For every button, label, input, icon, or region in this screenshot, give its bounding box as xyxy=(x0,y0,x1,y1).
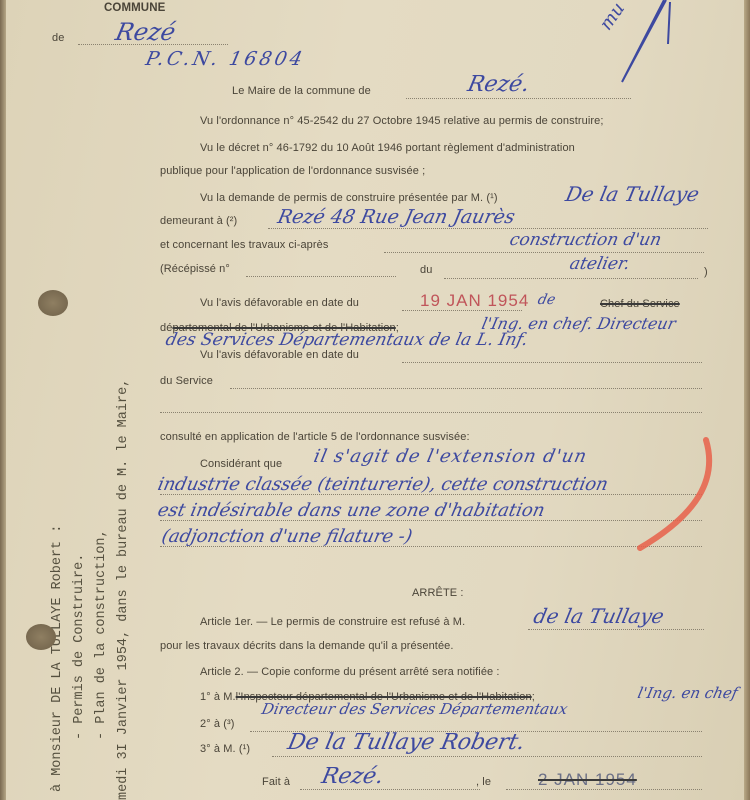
demeurant-handwritten: Rezé 48 Rue Jean Jaurès xyxy=(276,206,517,228)
commune-label: COMMUNE xyxy=(104,2,165,14)
avis1-date-stamp: 19 JAN 1954 xyxy=(420,291,529,311)
considerant-line-3: est indésirable dans une zone d'habitati… xyxy=(156,500,547,521)
avis2-date-line xyxy=(402,362,702,363)
recepisse-close: ) xyxy=(704,266,708,278)
travaux-handwritten-2: atelier. xyxy=(568,254,632,274)
margin-note-line-4: medi 3I Janvier 1954, dans le bureau de … xyxy=(116,379,131,800)
considerant-line-4: (adjonction d'une filature -) xyxy=(160,526,414,547)
decret-text-2: publique pour l'application de l'ordonna… xyxy=(160,165,425,177)
reference-handwritten: P.C.N. 16804 xyxy=(144,48,307,70)
avis1-handwritten-2: des Services Départementaux de la L. Inf… xyxy=(164,330,530,350)
margin-note-line-2: - Permis de Construire. xyxy=(72,554,87,740)
considerant-line-1: il s'agit de l'extension d'un xyxy=(312,446,590,467)
date-stamp: 2 JAN 1954 xyxy=(538,770,637,790)
avis1-struck-1: Chef du Service xyxy=(600,298,680,310)
recepisse-number-line xyxy=(246,276,396,277)
document-page: COMMUNE de Rezé P.C.N. 16804 mu Le Maire… xyxy=(6,0,744,800)
de-label: de xyxy=(52,32,64,44)
decret-text-1: Vu le décret n° 46-1792 du 10 Août 1946 … xyxy=(200,142,575,154)
maire-label: Le Maire de la commune de xyxy=(232,85,371,97)
punch-hole-bottom xyxy=(26,624,56,650)
fait-field-line xyxy=(300,789,480,790)
demeurant-field-line xyxy=(268,228,708,229)
demande-handwritten: De la Tullaye xyxy=(563,182,701,206)
punch-hole-top xyxy=(38,290,68,316)
article2-label: Article 2. — Copie conforme du présent a… xyxy=(200,666,500,678)
travaux-label: et concernant les travaux ci-après xyxy=(160,239,328,251)
article1-line-2: pour les travaux décrits dans la demande… xyxy=(160,640,454,652)
item3-field-line xyxy=(272,756,702,757)
article1-label: Article 1er. — Le permis de construire e… xyxy=(200,616,465,628)
item2-label: 2° à (³) xyxy=(200,718,235,730)
considerant-label: Considérant que xyxy=(200,458,282,470)
fait-handwritten: Rezé. xyxy=(319,764,386,789)
red-crayon-mark xyxy=(626,430,726,560)
article1-handwritten: de la Tullaye xyxy=(531,604,666,628)
demeurant-label: demeurant à (²) xyxy=(160,215,237,227)
le-label: , le xyxy=(476,776,491,788)
avis1-of-handwritten: de xyxy=(536,292,557,308)
service-line-2 xyxy=(160,412,702,413)
maire-field-line xyxy=(406,98,631,99)
item1-label: 1° à M. xyxy=(200,691,236,703)
commune-handwritten: Rezé xyxy=(113,18,178,46)
checkmark-icon xyxy=(606,0,686,120)
arrete-title: ARRÊTE : xyxy=(412,587,464,599)
recepisse-label: (Récépissé n° xyxy=(160,263,230,275)
consulte-text: consulté en application de l'article 5 d… xyxy=(160,431,470,443)
margin-note-line-3: - Plan de la construction, xyxy=(94,529,109,740)
demande-label: Vu la demande de permis de construire pr… xyxy=(200,192,498,204)
travaux-handwritten-1: construction d'un xyxy=(508,230,663,250)
page-left-edge xyxy=(0,0,6,800)
ordonnance-text: Vu l'ordonnance n° 45-2542 du 27 Octobre… xyxy=(200,115,604,127)
considerant-line-2: industrie classée (teinturerie), cette c… xyxy=(156,474,610,495)
article1-field-line xyxy=(528,629,704,630)
recepisse-du-label: du xyxy=(420,264,432,276)
fait-label: Fait à xyxy=(262,776,290,788)
service-label: du Service xyxy=(160,375,213,387)
item1-handwritten-2: Directeur des Services Départementaux xyxy=(260,700,569,718)
avis2-label: Vu l'avis défavorable en date du xyxy=(200,349,359,361)
service-line-1 xyxy=(230,388,702,389)
item3-label: 3° à M. (¹) xyxy=(200,743,250,755)
travaux-field-line xyxy=(384,252,704,253)
page-right-edge xyxy=(744,0,750,800)
item1-handwritten-1: l'Ing. en chef xyxy=(636,684,739,702)
item3-handwritten: De la Tullaye Robert. xyxy=(285,730,527,755)
avis1-label: Vu l'avis défavorable en date du xyxy=(200,297,359,309)
margin-note-line-1: à Monsieur DE LA TULLAYE Robert : xyxy=(50,525,65,792)
recepisse-date-line xyxy=(444,278,698,279)
maire-commune-handwritten: Rezé. xyxy=(465,72,532,97)
